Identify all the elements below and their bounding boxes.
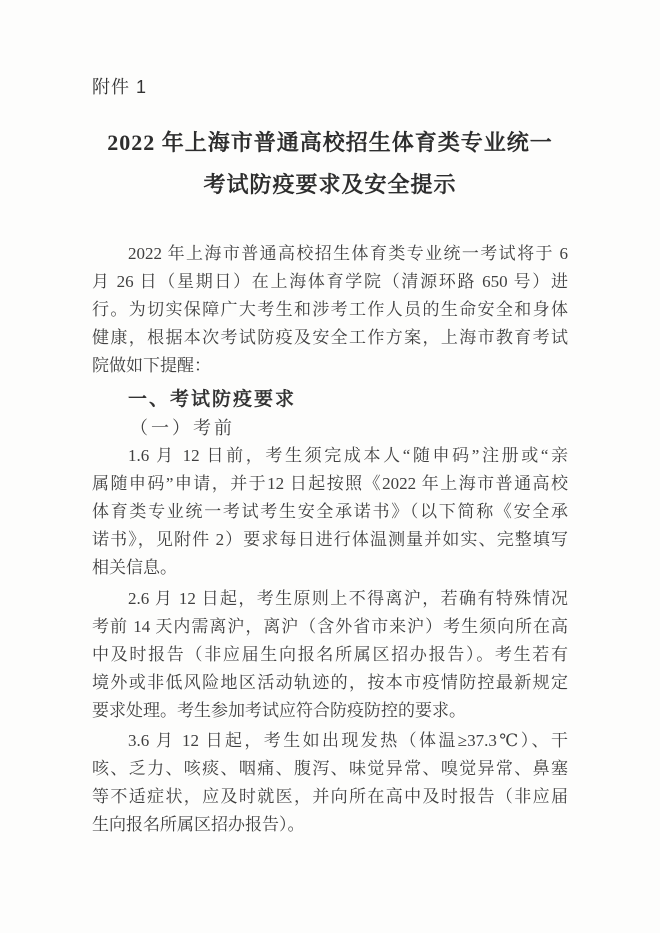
text-line: 等不适症状，应及时就医，并向所在高中及时报告（非应届 [92, 783, 568, 811]
text-line: 相关信息。 [92, 554, 568, 582]
text-line: 属随申码”申请，并于12 日起按照《2022 年上海市普通高校 [92, 470, 568, 498]
text-line: 诺书》，见附件 2）要求每日进行体温测量并如实、完整填写 [92, 526, 568, 554]
document-page: 附件 1 2022 年上海市普通高校招生体育类专业统一 考试防疫要求及安全提示 … [0, 0, 660, 933]
text-line: 1.6 月 12 日前，考生须完成本人“随申码”注册或“亲 [92, 442, 568, 470]
text-line: 境外或非低风险地区活动轨迹的，按本市疫情防控最新规定 [92, 669, 568, 697]
document-title: 2022 年上海市普通高校招生体育类专业统一 考试防疫要求及安全提示 [92, 122, 568, 206]
section-subheading: （一）考前 [92, 414, 568, 442]
text-line: 要求处理。考生参加考试应符合防疫防控的要求。 [92, 697, 568, 725]
text-line: 月 26 日（星期日）在上海体育学院（清源环路 650 号）进 [92, 268, 568, 296]
title-line-1: 2022 年上海市普通高校招生体育类专业统一 [92, 122, 568, 164]
text-line: 生向报名所属区招办报告）。 [92, 811, 568, 839]
title-line-2: 考试防疫要求及安全提示 [92, 164, 568, 206]
text-line: 2.6 月 12 日起，考生原则上不得离沪，若确有特殊情况 [92, 585, 568, 613]
text-line: 行。为切实保障广大考生和涉考工作人员的生命安全和身体 [92, 296, 568, 324]
text-line: 中及时报告（非应届生向报名所属区招办报告）。考生若有 [92, 641, 568, 669]
text-line: 院做如下提醒： [92, 352, 568, 380]
text-line: 3.6 月 12 日起，考生如出现发热（体温≥37.3℃）、干 [92, 727, 568, 755]
text-line: 咳、乏力、咳痰、咽痛、腹泻、味觉异常、嗅觉异常、鼻塞 [92, 755, 568, 783]
text-line: 健康，根据本次考试防疫及安全工作方案，上海市教育考试 [92, 324, 568, 352]
text-line: 考前 14 天内需离沪，离沪（含外省市来沪）考生须向所在高 [92, 613, 568, 641]
attachment-label: 附件 1 [92, 76, 568, 98]
list-item-2: 2.6 月 12 日起，考生原则上不得离沪，若确有特殊情况 考前 14 天内需离… [92, 585, 568, 725]
text-line: 体育类专业统一考试考生安全承诺书》（以下简称《安全承 [92, 498, 568, 526]
section-heading: 一、考试防疫要求 [92, 386, 568, 414]
text-line: 2022 年上海市普通高校招生体育类专业统一考试将于 6 [92, 240, 568, 268]
list-item-1: 1.6 月 12 日前，考生须完成本人“随申码”注册或“亲 属随申码”申请，并于… [92, 442, 568, 582]
intro-paragraph: 2022 年上海市普通高校招生体育类专业统一考试将于 6 月 26 日（星期日）… [92, 240, 568, 380]
document-content: 附件 1 2022 年上海市普通高校招生体育类专业统一 考试防疫要求及安全提示 … [92, 76, 568, 839]
list-item-3: 3.6 月 12 日起，考生如出现发热（体温≥37.3℃）、干 咳、乏力、咳痰、… [92, 727, 568, 839]
